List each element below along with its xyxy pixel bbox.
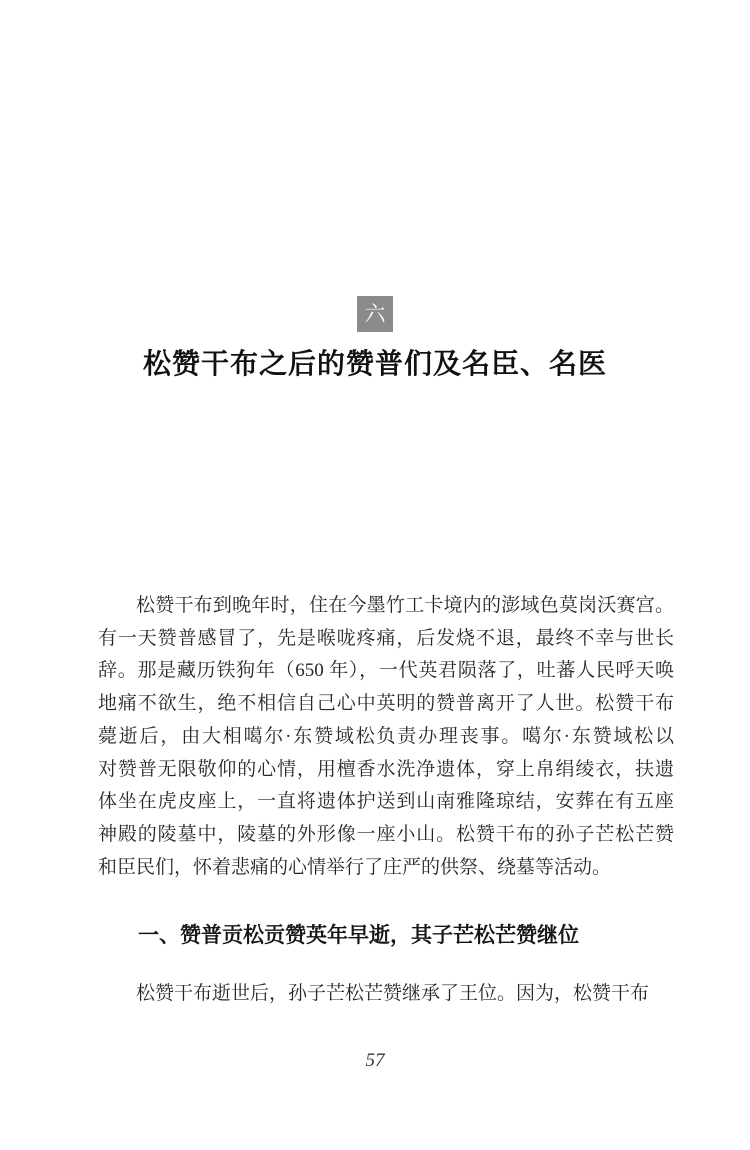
section-heading: 一、赞普贡松贡赞英年早逝，其子芒松芒赞继位 [98, 919, 674, 952]
paragraph-line: 地痛不欲生，绝不相信自己心中英明的赞普离开了人世。松赞干布 [98, 688, 674, 721]
page-number: 57 [0, 1050, 750, 1072]
paragraph-line: 松赞干布到晚年时，住在今墨竹工卡境内的澎域色莫岗沃赛宫。 [98, 590, 674, 623]
paragraph-line: 薨逝后，由大相噶尔·东赞域松负责办理丧事。噶尔·东赞域松以 [98, 721, 674, 754]
chapter-number-badge: 六 [357, 296, 393, 332]
paragraph-line: 和臣民们，怀着悲痛的心情举行了庄严的供祭、绕墓等活动。 [98, 852, 674, 885]
paragraph-line: 辞。那是藏历铁狗年（650 年），一代英君陨落了，吐蕃人民呼天唤 [98, 655, 674, 688]
book-page: 六 松赞干布之后的赞普们及名臣、名医 松赞干布到晚年时，住在今墨竹工卡境内的澎域… [0, 0, 750, 1150]
chapter-title: 松赞干布之后的赞普们及名臣、名医 [0, 342, 750, 382]
paragraph-line: 神殿的陵墓中，陵墓的外形像一座小山。松赞干布的孙子芒松芒赞 [98, 819, 674, 852]
paragraph-line: 有一天赞普感冒了，先是喉咙疼痛，后发烧不退，最终不幸与世长 [98, 623, 674, 656]
paragraph-line: 对赞普无限敬仰的心情，用檀香水洗净遗体，穿上帛绢绫衣，扶遗 [98, 754, 674, 787]
paragraph-1: 松赞干布到晚年时，住在今墨竹工卡境内的澎域色莫岗沃赛宫。 有一天赞普感冒了，先是… [98, 590, 674, 884]
paragraph-2: 松赞干布逝世后，孙子芒松芒赞继承了王位。因为，松赞干布 [98, 977, 674, 1010]
paragraph-line: 体坐在虎皮座上，一直将遗体护送到山南雅隆琼结，安葬在有五座 [98, 786, 674, 819]
